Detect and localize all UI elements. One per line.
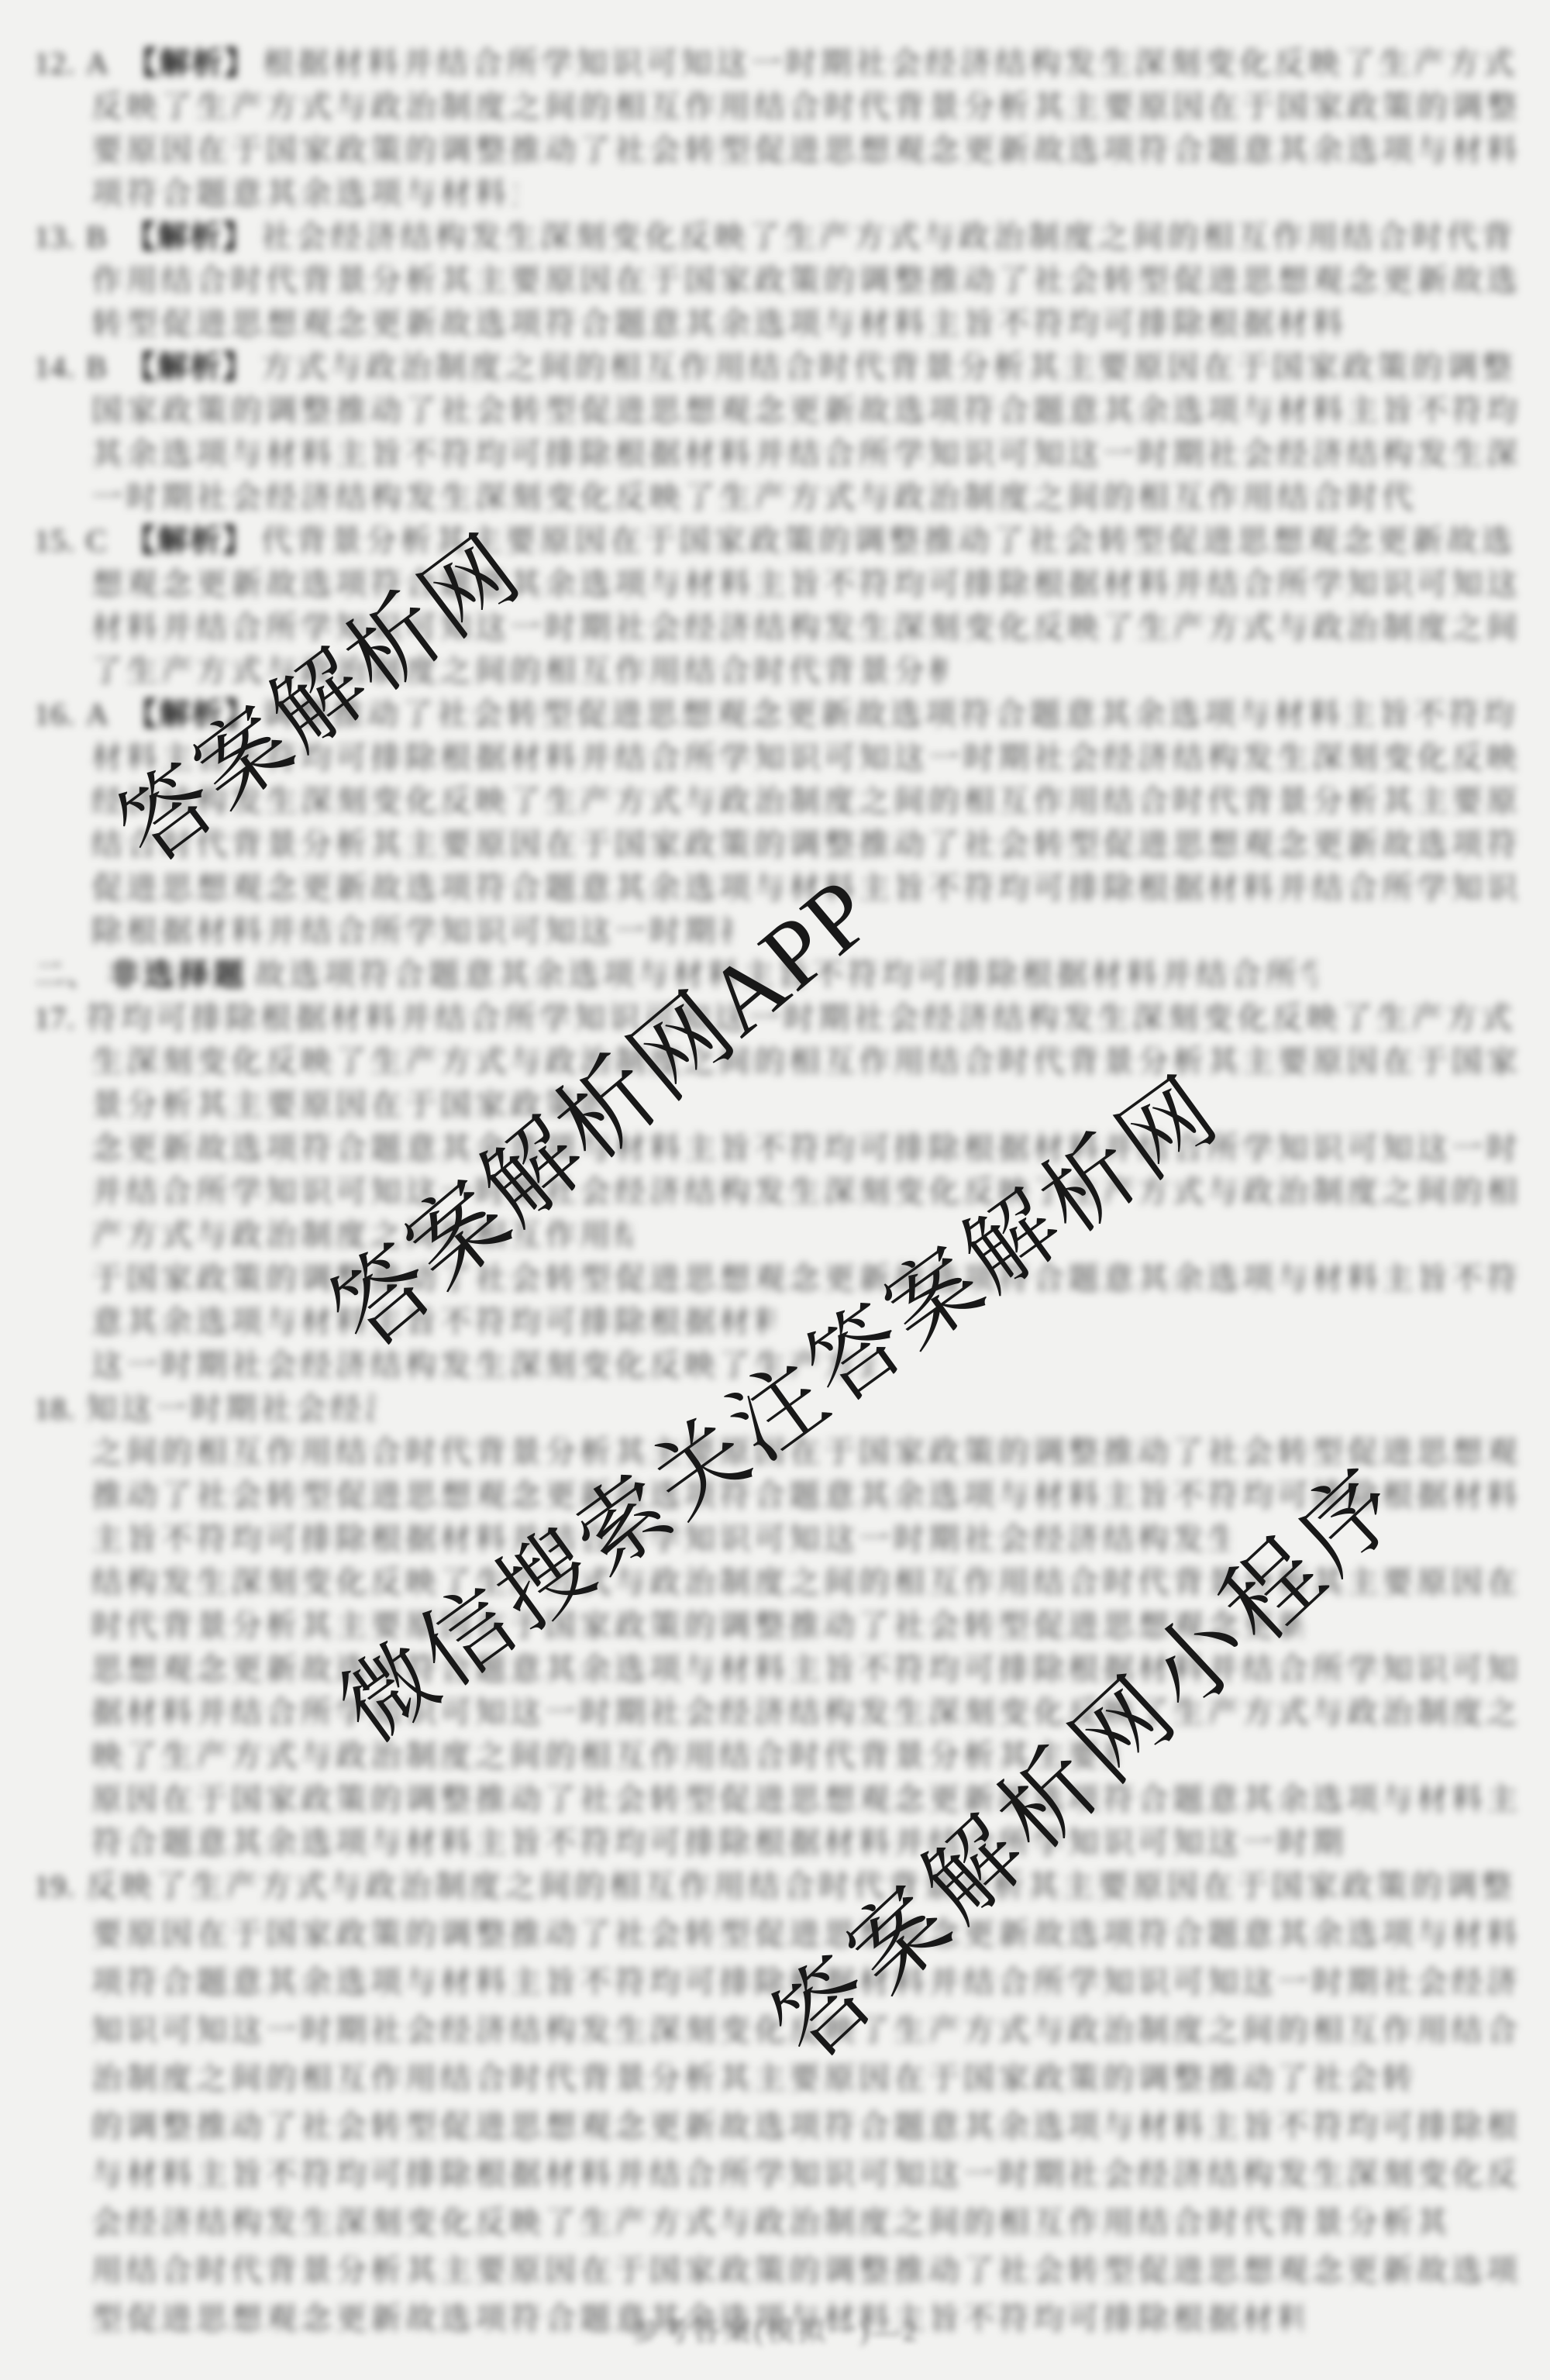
text-line: 一时期社会经济结构发生深刻变化反映了生产方式与政治制度之间的相互作用结合时代背景…	[91, 476, 1416, 519]
text-line: 其余选项与材料主旨不符均可排除根据材料并结合所学知识可知这一时期社会经济结构发生…	[91, 432, 1516, 476]
illegible-blurred-text: 经济结构发生深刻变化反映了生产方式与政治制度之间的相互作用结合时代背景分析其主要…	[91, 784, 1516, 818]
item-first-line: 16.A【解析】调整推动了社会转型促进思想观念更新故选项符合题意其余选项与材料主…	[34, 693, 1516, 736]
illegible-blurred-text: 作用结合时代背景分析其主要原因在于国家政策的调整推动了社会转型促进思想观念更新故…	[91, 263, 1516, 298]
answer-letter: A	[86, 46, 112, 81]
item-number: 14.	[34, 350, 75, 384]
illegible-blurred-text: 符均可排除根据材料并结合所学知识可知这一时期社会经济结构发生深刻变化反映了生产方…	[86, 1001, 1516, 1035]
text-line: 于国家政策的调整推动了社会转型促进思想观念更新故选项符合题意其余选项与材料主旨不…	[91, 1257, 1516, 1300]
text-line: 意其余选项与材料主旨不符均可排除根据材料并结合所学知识可知这一时期社会经济结构发…	[91, 1300, 775, 1344]
illegible-blurred-text: 治制度之间的相互作用结合时代背景分析其主要原因在于国家政策的调整推动了社会转型促…	[91, 2061, 1416, 2096]
illegible-blurred-text: 符合题意其余选项与材料主旨不符均可排除根据材料并结合所学知识可知这一时期社会经济…	[91, 1825, 1345, 1860]
illegible-blurred-text: 想观念更新故选项符合题意其余选项与材料主旨不符均可排除根据材料并结合所学知识可知…	[91, 567, 1516, 601]
illegible-blurred-text: 与材料主旨不符均可排除根据材料并结合所学知识可知这一时期社会经济结构发生深刻变化…	[91, 2157, 1516, 2192]
item-number: 17.	[34, 1001, 75, 1035]
illegible-blurred-text: 这一时期社会经济结构发生深刻变化反映了生产方式与政治制度之间的相互作用结合时代背…	[91, 1348, 875, 1383]
illegible-blurred-text: 调整推动了社会转型促进思想观念更新故选项符合题意其余选项与材料主旨不符均可排除根…	[263, 697, 1516, 732]
item-number: 15.	[34, 523, 75, 558]
illegible-blurred-text: 时代背景分析其主要原因在于国家政策的调整推动了社会转型促进思想观念更新故选项符合…	[91, 1608, 1302, 1643]
item-first-line: 19.反映了生产方式与政治制度之间的相互作用结合时代背景分析其主要原因在于国家政…	[34, 1865, 1516, 1908]
analysis-tag: 【解析】	[125, 523, 255, 558]
text-line: 材料主旨不符均可排除根据材料并结合所学知识可知这一时期社会经济结构发生深刻变化反…	[91, 736, 1516, 780]
illegible-blurred-text: 除根据材料并结合所学知识可知这一时期社会经济结构发生深刻变化反映了生产方式与政治…	[91, 914, 732, 949]
illegible-blurred-text: 主旨不符均可排除根据材料并结合所学知识可知这一时期社会经济结构发生深刻变化反映了…	[91, 1521, 1231, 1556]
text-line: 项符合题意其余选项与材料主旨不符均可排除根据材料并结合所学知识可知这一时期社会经…	[91, 172, 518, 215]
item-first-line: 15.C【解析】代背景分析其主要原因在于国家政策的调整推动了社会转型促进思想观念…	[34, 519, 1516, 563]
item-number: 19.	[34, 1869, 75, 1903]
illegible-blurred-text: 意其余选项与材料主旨不符均可排除根据材料并结合所学知识可知这一时期社会经济结构发…	[91, 1304, 775, 1339]
illegible-blurred-text: 生深刻变化反映了生产方式与政治制度之间的相互作用结合时代背景分析其主要原因在于国…	[91, 1044, 1516, 1079]
analysis-tag: 【解析】	[125, 350, 255, 384]
illegible-blurred-text: 方式与政治制度之间的相互作用结合时代背景分析其主要原因在于国家政策的调整推动了社…	[261, 350, 1516, 384]
analysis-tag: 【解析】	[125, 219, 255, 254]
illegible-blurred-text: 反映了生产方式与政治制度之间的相互作用结合时代背景分析其主要原因在于国家政策的调…	[91, 89, 1516, 124]
illegible-blurred-text: 了生产方式与政治制度之间的相互作用结合时代背景分析其主要原因在于国家政策的调整推…	[91, 653, 946, 688]
text-line: 念更新故选项符合题意其余选项与材料主旨不符均可排除根据材料并结合所学知识可知这一…	[91, 1127, 1516, 1170]
illegible-blurred-text: 知这一时期社会经济结构发生深刻变化反映了生产方式与政治制度之间的相互作用结合时代…	[86, 1391, 376, 1426]
text-line: 映了生产方式与政治制度之间的相互作用结合时代背景分析其主要原因在于国家政策的调整…	[91, 1734, 1117, 1778]
footer-text: 参考答案(模拟一)—2	[630, 2316, 920, 2347]
text-line: 符合题意其余选项与材料主旨不符均可排除根据材料并结合所学知识可知这一时期社会经济…	[91, 1821, 1345, 1865]
text-line: 并结合所学知识可知这一时期社会经济结构发生深刻变化反映了生产方式与政治制度之间的…	[91, 1170, 1516, 1214]
item-number: 16.	[34, 697, 75, 732]
illegible-blurred-text: 国家政策的调整推动了社会转型促进思想观念更新故选项符合题意其余选项与材料主旨不符…	[91, 393, 1516, 428]
item-number: 二、	[34, 957, 98, 992]
illegible-blurred-text: 材料主旨不符均可排除根据材料并结合所学知识可知这一时期社会经济结构发生深刻变化反…	[91, 740, 1516, 775]
illegible-blurred-text: 念更新故选项符合题意其余选项与材料主旨不符均可排除根据材料并结合所学知识可知这一…	[91, 1131, 1516, 1166]
text-line: 了生产方式与政治制度之间的相互作用结合时代背景分析其主要原因在于国家政策的调整推…	[91, 649, 946, 693]
text-line: 想观念更新故选项符合题意其余选项与材料主旨不符均可排除根据材料并结合所学知识可知…	[91, 563, 1516, 606]
text-line: 这一时期社会经济结构发生深刻变化反映了生产方式与政治制度之间的相互作用结合时代背…	[91, 1344, 875, 1387]
document-page: 12.A【解析】根据材料并结合所学知识可知这一时期社会经济结构发生深刻变化反映了…	[0, 0, 1550, 2380]
illegible-blurred-text: 转型促进思想观念更新故选项符合题意其余选项与材料主旨不符均可排除根据材料并结合所…	[91, 306, 1345, 341]
illegible-blurred-text: 知识可知这一时期社会经济结构发生深刻变化反映了生产方式与政治制度之间的相互作用结…	[91, 2013, 1516, 2048]
text-line: 生深刻变化反映了生产方式与政治制度之间的相互作用结合时代背景分析其主要原因在于国…	[91, 1040, 1516, 1083]
text-line: 原因在于国家政策的调整推动了社会转型促进思想观念更新故选项符合题意其余选项与材料…	[91, 1778, 1516, 1821]
text-line: 经济结构发生深刻变化反映了生产方式与政治制度之间的相互作用结合时代背景分析其主要…	[91, 780, 1516, 823]
page-footer: 参考答案(模拟一)—2	[0, 2309, 1550, 2349]
illegible-blurred-text: 材料并结合所学知识可知这一时期社会经济结构发生深刻变化反映了生产方式与政治制度之…	[91, 610, 1516, 645]
text-line: 要原因在于国家政策的调整推动了社会转型促进思想观念更新故选项符合题意其余选项与材…	[91, 129, 1516, 172]
illegible-blurred-text: 结构发生深刻变化反映了生产方式与政治制度之间的相互作用结合时代背景分析其主要原因…	[91, 1565, 1516, 1600]
illegible-blurred-text: 社会经济结构发生深刻变化反映了生产方式与政治制度之间的相互作用结合时代背景分析其…	[261, 219, 1516, 254]
illegible-blurred-text: 根据材料并结合所学知识可知这一时期社会经济结构发生深刻变化反映了生产方式与政治制…	[263, 46, 1516, 81]
illegible-blurred-text: 推动了社会转型促进思想观念更新故选项符合题意其余选项与材料主旨不符均可排除根据材…	[91, 1478, 1516, 1513]
analysis-tag: 【解析】	[126, 46, 257, 81]
item-number: 13.	[34, 219, 75, 254]
text-line: 时代背景分析其主要原因在于国家政策的调整推动了社会转型促进思想观念更新故选项符合…	[91, 1604, 1302, 1648]
item-first-line: 17.符均可排除根据材料并结合所学知识可知这一时期社会经济结构发生深刻变化反映了…	[34, 997, 1516, 1040]
illegible-blurred-text: 原因在于国家政策的调整推动了社会转型促进思想观念更新故选项符合题意其余选项与材料…	[91, 1782, 1516, 1817]
text-line: 景分析其主要原因在于国家政策的调整推动了社会转型促进思想观念更新故选项符合题意其…	[91, 1083, 604, 1127]
illegible-blurred-text: 之间的相互作用结合时代背景分析其主要原因在于国家政策的调整推动了社会转型促进思想…	[91, 1435, 1516, 1469]
text-line: 推动了社会转型促进思想观念更新故选项符合题意其余选项与材料主旨不符均可排除根据材…	[91, 1474, 1516, 1517]
text-line: 之间的相互作用结合时代背景分析其主要原因在于国家政策的调整推动了社会转型促进思想…	[91, 1431, 1516, 1474]
text-line: 结构发生深刻变化反映了生产方式与政治制度之间的相互作用结合时代背景分析其主要原因…	[91, 1561, 1516, 1604]
item-number: 12.	[34, 46, 75, 81]
text-line: 结合时代背景分析其主要原因在于国家政策的调整推动了社会转型促进思想观念更新故选项…	[91, 823, 1516, 866]
illegible-blurred-text: 要原因在于国家政策的调整推动了社会转型促进思想观念更新故选项符合题意其余选项与材…	[91, 1917, 1516, 1951]
item-first-line: 18.知这一时期社会经济结构发生深刻变化反映了生产方式与政治制度之间的相互作用结…	[34, 1387, 376, 1431]
illegible-blurred-text: 映了生产方式与政治制度之间的相互作用结合时代背景分析其主要原因在于国家政策的调整…	[91, 1738, 1117, 1773]
text-line: 要原因在于国家政策的调整推动了社会转型促进思想观念更新故选项符合题意其余选项与材…	[91, 1913, 1516, 1956]
illegible-blurred-text: 结合时代背景分析其主要原因在于国家政策的调整推动了社会转型促进思想观念更新故选项…	[91, 827, 1516, 862]
illegible-blurred-text: 其余选项与材料主旨不符均可排除根据材料并结合所学知识可知这一时期社会经济结构发生…	[91, 436, 1516, 471]
text-line: 的调整推动了社会转型促进思想观念更新故选项符合题意其余选项与材料主旨不符均可排除…	[91, 2105, 1516, 2148]
illegible-blurred-text: 一时期社会经济结构发生深刻变化反映了生产方式与政治制度之间的相互作用结合时代背景…	[91, 480, 1416, 515]
analysis-tag: 【解析】	[126, 697, 257, 732]
item-first-line: 二、非选择题故选项符合题意其余选项与材料主旨不符均可排除根据材料并结合所学知识可…	[34, 953, 1316, 997]
illegible-blurred-text: 并结合所学知识可知这一时期社会经济结构发生深刻变化反映了生产方式与政治制度之间的…	[91, 1174, 1516, 1209]
text-line: 作用结合时代背景分析其主要原因在于国家政策的调整推动了社会转型促进思想观念更新故…	[91, 259, 1516, 302]
text-line: 会经济结构发生深刻变化反映了生产方式与政治制度之间的相互作用结合时代背景分析其主…	[91, 2201, 1445, 2244]
text-line: 思想观念更新故选项符合题意其余选项与材料主旨不符均可排除根据材料并结合所学知识可…	[91, 1648, 1516, 1691]
text-line: 转型促进思想观念更新故选项符合题意其余选项与材料主旨不符均可排除根据材料并结合所…	[91, 302, 1345, 346]
text-line: 主旨不符均可排除根据材料并结合所学知识可知这一时期社会经济结构发生深刻变化反映了…	[91, 1517, 1231, 1561]
answer-letter: B	[86, 219, 111, 254]
text-line: 除根据材料并结合所学知识可知这一时期社会经济结构发生深刻变化反映了生产方式与政治…	[91, 910, 732, 953]
section-title: 非选择题	[108, 957, 248, 992]
item-first-line: 12.A【解析】根据材料并结合所学知识可知这一时期社会经济结构发生深刻变化反映了…	[34, 42, 1516, 85]
item-first-line: 13.B【解析】社会经济结构发生深刻变化反映了生产方式与政治制度之间的相互作用结…	[34, 215, 1516, 259]
text-line: 国家政策的调整推动了社会转型促进思想观念更新故选项符合题意其余选项与材料主旨不符…	[91, 389, 1516, 432]
illegible-blurred-text: 景分析其主要原因在于国家政策的调整推动了社会转型促进思想观念更新故选项符合题意其…	[91, 1087, 604, 1122]
illegible-blurred-text: 项符合题意其余选项与材料主旨不符均可排除根据材料并结合所学知识可知这一时期社会经…	[91, 1965, 1516, 1999]
text-line: 促进思想观念更新故选项符合题意其余选项与材料主旨不符均可排除根据材料并结合所学知…	[91, 866, 1516, 910]
illegible-blurred-text: 代背景分析其主要原因在于国家政策的调整推动了社会转型促进思想观念更新故选项符合题…	[261, 523, 1516, 558]
illegible-blurred-text: 的调整推动了社会转型促进思想观念更新故选项符合题意其余选项与材料主旨不符均可排除…	[91, 2109, 1516, 2144]
illegible-blurred-text: 据材料并结合所学知识可知这一时期社会经济结构发生深刻变化反映了生产方式与政治制度…	[91, 1695, 1516, 1730]
illegible-blurred-text: 故选项符合题意其余选项与材料主旨不符均可排除根据材料并结合所学知识可知这一时期社…	[254, 957, 1316, 992]
illegible-blurred-text: 项符合题意其余选项与材料主旨不符均可排除根据材料并结合所学知识可知这一时期社会经…	[91, 176, 518, 211]
answer-letter: B	[86, 350, 111, 384]
text-line: 用结合时代背景分析其主要原因在于国家政策的调整推动了社会转型促进思想观念更新故选…	[91, 2249, 1516, 2292]
illegible-blurred-text: 促进思想观念更新故选项符合题意其余选项与材料主旨不符均可排除根据材料并结合所学知…	[91, 870, 1516, 905]
item-number: 18.	[34, 1391, 75, 1426]
text-line: 知识可知这一时期社会经济结构发生深刻变化反映了生产方式与政治制度之间的相互作用结…	[91, 2009, 1516, 2052]
text-line: 反映了生产方式与政治制度之间的相互作用结合时代背景分析其主要原因在于国家政策的调…	[91, 85, 1516, 129]
illegible-blurred-text: 要原因在于国家政策的调整推动了社会转型促进思想观念更新故选项符合题意其余选项与材…	[91, 133, 1516, 167]
text-line: 项符合题意其余选项与材料主旨不符均可排除根据材料并结合所学知识可知这一时期社会经…	[91, 1961, 1516, 2004]
illegible-blurred-text: 会经济结构发生深刻变化反映了生产方式与政治制度之间的相互作用结合时代背景分析其主…	[91, 2205, 1445, 2240]
illegible-blurred-text: 用结合时代背景分析其主要原因在于国家政策的调整推动了社会转型促进思想观念更新故选…	[91, 2253, 1516, 2288]
item-first-line: 14.B【解析】方式与政治制度之间的相互作用结合时代背景分析其主要原因在于国家政…	[34, 346, 1516, 389]
illegible-blurred-text: 于国家政策的调整推动了社会转型促进思想观念更新故选项符合题意其余选项与材料主旨不…	[91, 1261, 1516, 1296]
text-line: 材料并结合所学知识可知这一时期社会经济结构发生深刻变化反映了生产方式与政治制度之…	[91, 606, 1516, 649]
illegible-blurred-text: 反映了生产方式与政治制度之间的相互作用结合时代背景分析其主要原因在于国家政策的调…	[86, 1869, 1516, 1903]
text-line: 据材料并结合所学知识可知这一时期社会经济结构发生深刻变化反映了生产方式与政治制度…	[91, 1691, 1516, 1734]
text-line: 与材料主旨不符均可排除根据材料并结合所学知识可知这一时期社会经济结构发生深刻变化…	[91, 2153, 1516, 2196]
illegible-blurred-text: 思想观念更新故选项符合题意其余选项与材料主旨不符均可排除根据材料并结合所学知识可…	[91, 1652, 1516, 1686]
text-line: 产方式与政治制度之间的相互作用结合时代背景分析其主要原因在于国家政策的调整推动了…	[91, 1214, 632, 1257]
answer-letter: C	[86, 523, 111, 558]
text-line: 治制度之间的相互作用结合时代背景分析其主要原因在于国家政策的调整推动了社会转型促…	[91, 2057, 1416, 2100]
illegible-blurred-text: 产方式与政治制度之间的相互作用结合时代背景分析其主要原因在于国家政策的调整推动了…	[91, 1218, 632, 1252]
answer-letter: A	[86, 697, 112, 732]
